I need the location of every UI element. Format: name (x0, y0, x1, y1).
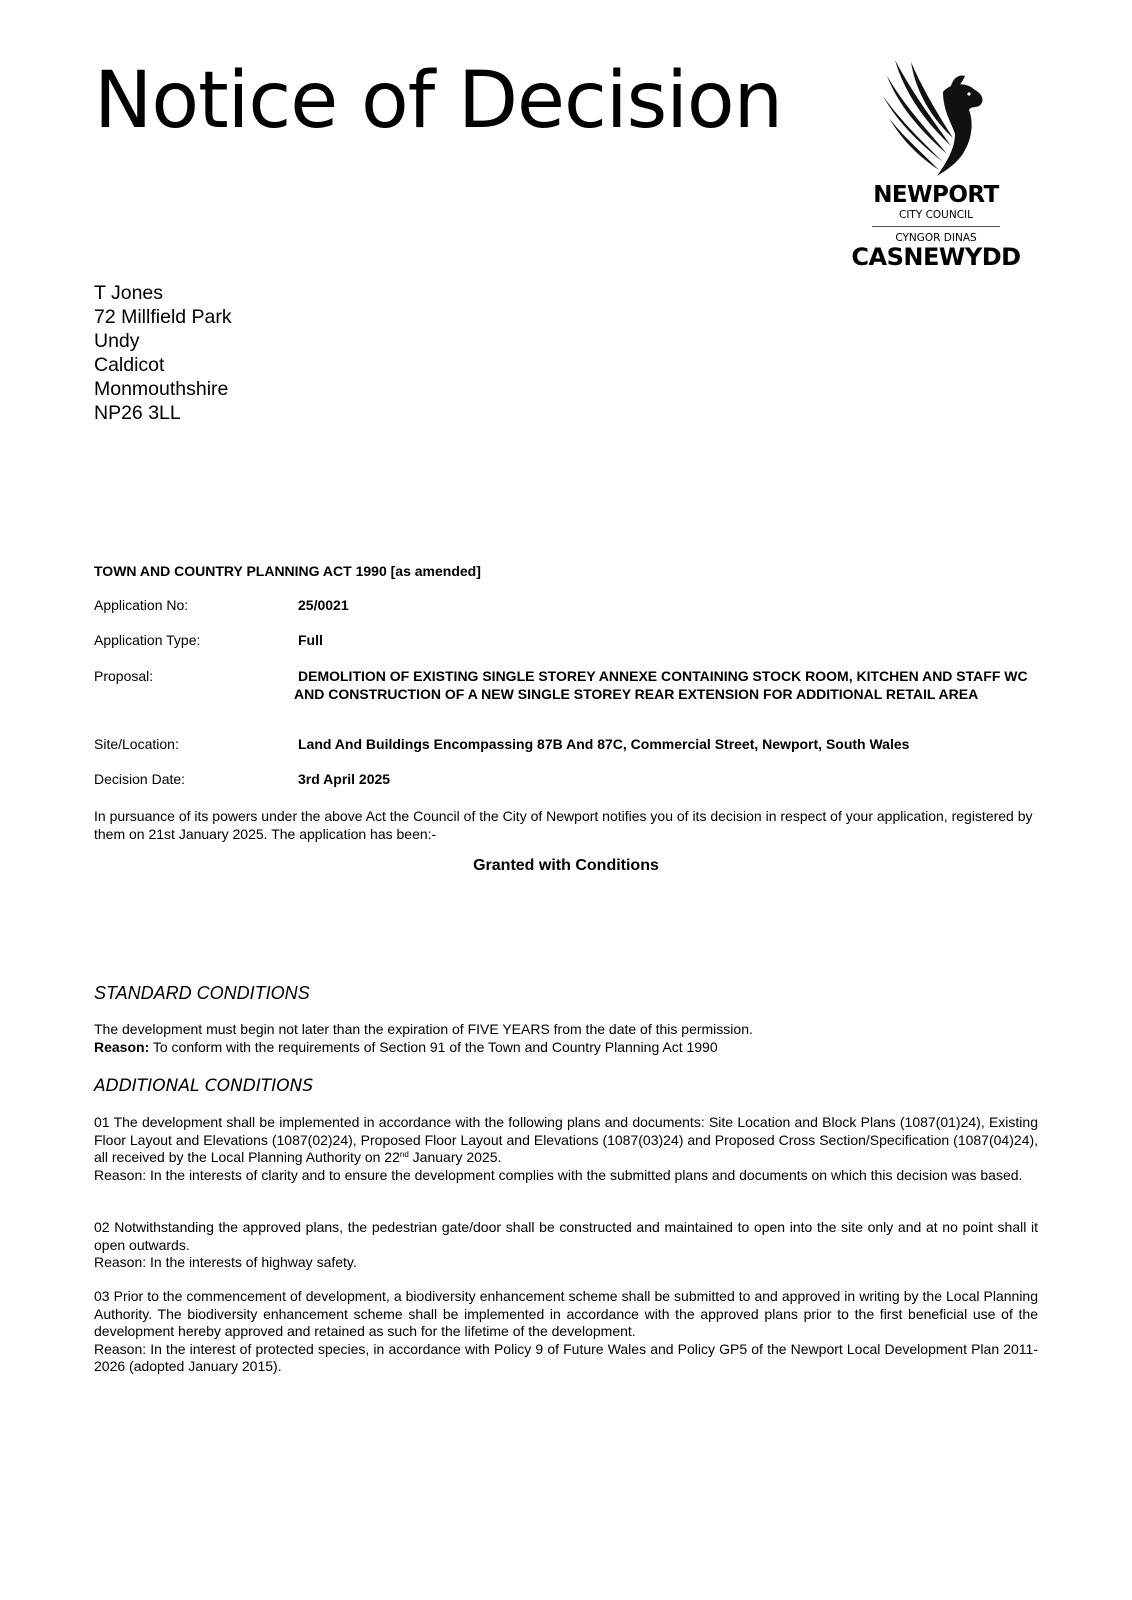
intro-paragraph: In pursuance of its powers under the abo… (94, 808, 1038, 843)
logo-casnewydd-text: CASNEWYDD (846, 245, 1026, 269)
address-line: NP26 3LL (94, 401, 232, 425)
logo-newport-text: NEWPORT (846, 184, 1026, 207)
condition-text: 03 Prior to the commencement of developm… (94, 1288, 1038, 1341)
site-location-label: Site/Location: (94, 736, 179, 752)
reason-text: To conform with the requirements of Sect… (149, 1039, 717, 1055)
logo-cyngor-dinas-text: CYNGOR DINAS (846, 233, 1026, 244)
standard-conditions-heading: STANDARD CONDITIONS (94, 983, 310, 1004)
address-line: Caldicot (94, 353, 232, 377)
decision-date-label: Decision Date: (94, 771, 185, 787)
condition-reason: Reason: In the interest of protected spe… (94, 1341, 1038, 1376)
standard-condition-text: The development must begin not later tha… (94, 1021, 753, 1039)
logo-city-council-text: CITY COUNCIL (846, 210, 1026, 221)
reason-label: Reason: (94, 1039, 149, 1055)
application-type-value: Full (298, 632, 323, 648)
condition-02: 02 Notwithstanding the approved plans, t… (94, 1219, 1038, 1272)
condition-text: 01 The development shall be implemented … (94, 1114, 1038, 1167)
site-location-value: Land And Buildings Encompassing 87B And … (298, 736, 909, 752)
additional-conditions-heading: ADDITIONAL CONDITIONS (94, 1076, 313, 1096)
condition-text-part: January 2025. (409, 1149, 502, 1165)
application-no-value: 25/0021 (298, 597, 349, 613)
standard-condition-reason: Reason: To conform with the requirements… (94, 1039, 753, 1057)
condition-text: 02 Notwithstanding the approved plans, t… (94, 1219, 1038, 1254)
standard-condition: The development must begin not later tha… (94, 1021, 753, 1056)
council-logo: NEWPORT CITY COUNCIL CYNGOR DINAS CASNEW… (846, 58, 1026, 280)
ordinal-suffix: nd (400, 1150, 409, 1159)
recipient-address: T Jones 72 Millfield Park Undy Caldicot … (94, 281, 232, 425)
proposal-label: Proposal: (94, 668, 153, 684)
condition-01: 01 The development shall be implemented … (94, 1114, 1038, 1184)
recipient-name: T Jones (94, 281, 232, 305)
dragon-griffin-icon (881, 58, 991, 178)
address-line: Monmouthshire (94, 377, 232, 401)
condition-reason: Reason: In the interests of clarity and … (94, 1167, 1038, 1185)
decision-date-value: 3rd April 2025 (298, 771, 390, 787)
condition-03: 03 Prior to the commencement of developm… (94, 1288, 1038, 1376)
page-title: Notice of Decision (94, 62, 782, 140)
condition-reason: Reason: In the interests of highway safe… (94, 1254, 1038, 1272)
application-type-label: Application Type: (94, 632, 200, 648)
logo-divider (872, 226, 1000, 227)
address-line: Undy (94, 329, 232, 353)
condition-text-part: 01 The development shall be implemented … (94, 1114, 1038, 1165)
application-no-label: Application No: (94, 597, 188, 613)
act-heading: TOWN AND COUNTRY PLANNING ACT 1990 [as a… (94, 563, 481, 579)
address-line: 72 Millfield Park (94, 305, 232, 329)
proposal-value: DEMOLITION OF EXISTING SINGLE STOREY ANN… (294, 668, 1034, 703)
decision-outcome: Granted with Conditions (0, 857, 1132, 875)
